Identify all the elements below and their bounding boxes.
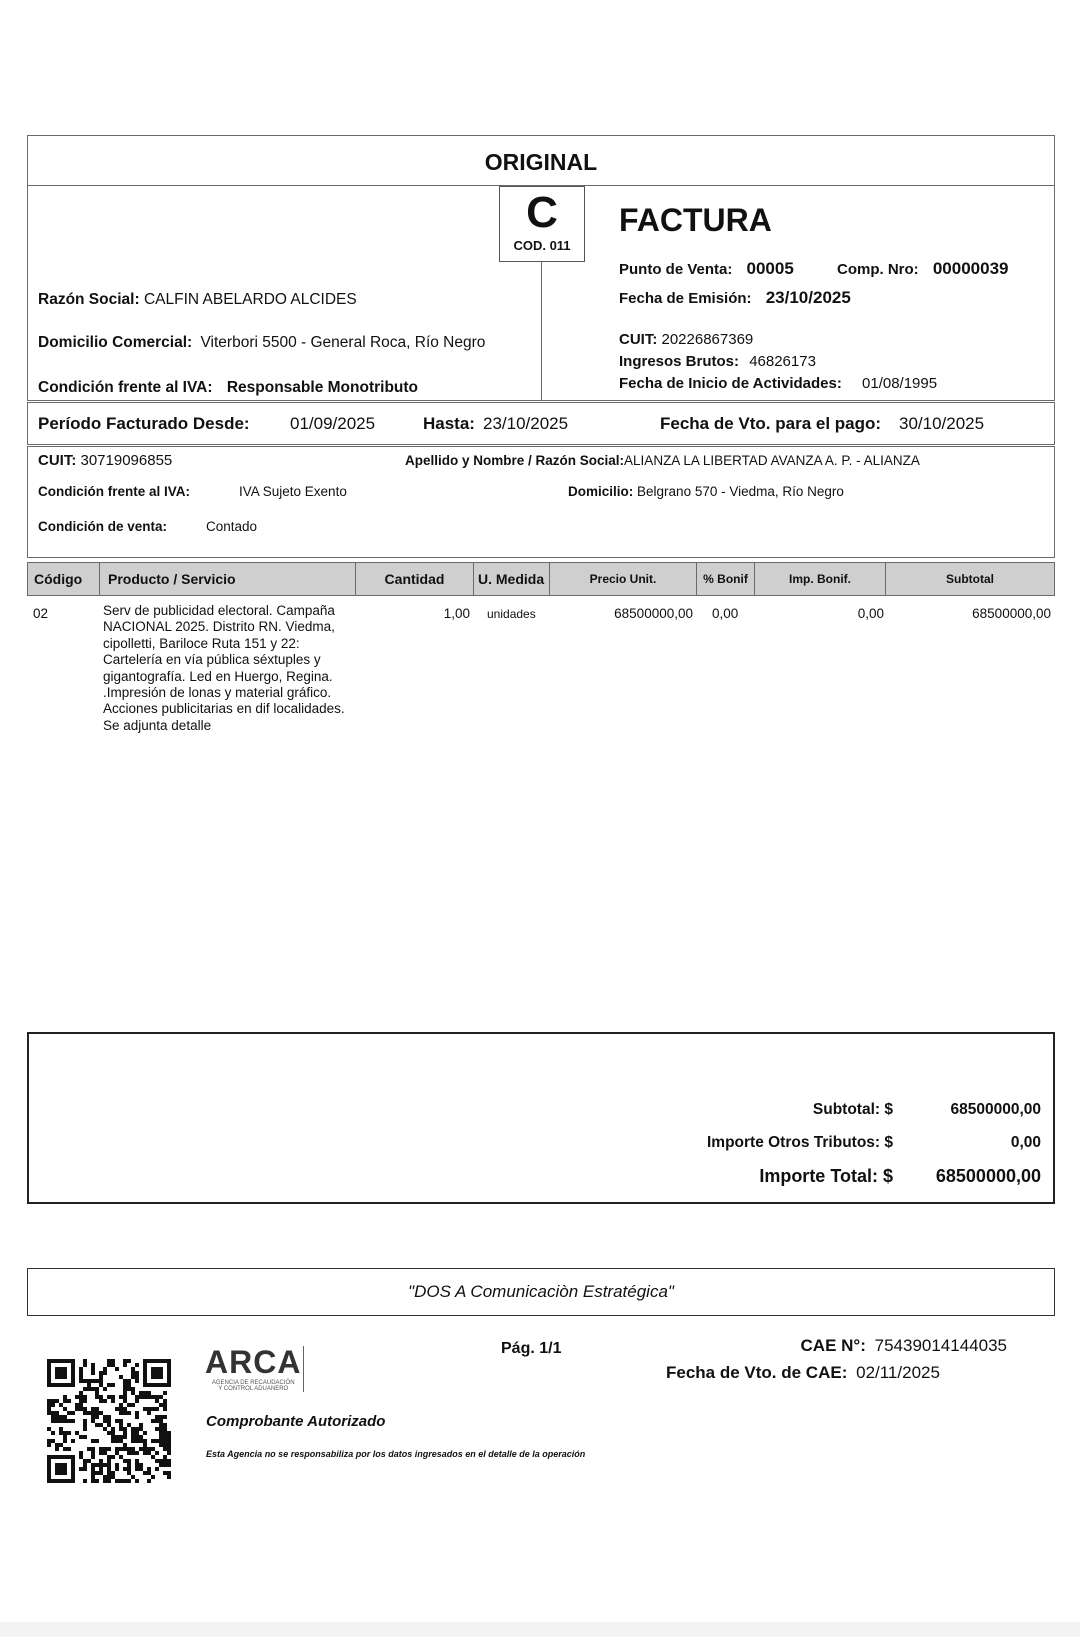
client-venta-label: Condición de venta:: [38, 519, 167, 534]
fecha-emision: Fecha de Emisión: 23/10/2025: [619, 288, 851, 308]
row-bonif-imp: 0,00: [780, 606, 884, 621]
authorized-label: Comprobante Autorizado: [206, 1413, 385, 1430]
col-codigo: Código: [28, 563, 100, 595]
total-value: 68500000,00: [936, 1166, 1041, 1187]
row-unidad: unidades: [487, 607, 536, 621]
issuer-domicilio: Domicilio Comercial: Viterbori 5500 - Ge…: [38, 334, 485, 352]
period-vto-label: Fecha de Vto. para el pago:: [660, 414, 881, 434]
disclaimer: Esta Agencia no se responsabiliza por lo…: [206, 1449, 585, 1459]
row-cantidad: 1,00: [380, 606, 470, 621]
viewer-bottom-strip: [0, 1622, 1080, 1637]
period-hasta: 23/10/2025: [483, 414, 568, 434]
client-domicilio: Domicilio: Belgrano 570 - Viedma, Río Ne…: [568, 484, 844, 499]
comp-nro: Comp. Nro: 00000039: [837, 259, 1008, 279]
page-number: Pág. 1/1: [501, 1340, 561, 1358]
qr-code[interactable]: [47, 1359, 171, 1483]
subtotal-value: 68500000,00: [950, 1101, 1041, 1119]
client-venta: Contado: [206, 519, 257, 534]
observations-box: "DOS A Comunicaciòn Estratégica": [27, 1268, 1055, 1316]
items-table-header: Código Producto / Servicio Cantidad U. M…: [27, 562, 1055, 596]
col-unidad: U. Medida: [474, 563, 550, 595]
col-subtotal: Subtotal: [886, 563, 1054, 595]
issuer-razon-social: Razón Social: CALFIN ABELARDO ALCIDES: [38, 291, 357, 309]
total-label: Importe Total: $: [759, 1166, 893, 1187]
otros-tributos-label: Importe Otros Tributos: $: [707, 1134, 893, 1152]
period-hasta-label: Hasta:: [423, 414, 475, 434]
cae-vto: Fecha de Vto. de CAE: 02/11/2025: [666, 1363, 940, 1383]
arca-logo-text: ARCA: [205, 1346, 301, 1378]
copy-label: ORIGINAL: [28, 149, 1054, 176]
col-precio: Precio Unit.: [550, 563, 697, 595]
row-codigo: 02: [33, 606, 48, 621]
client-cuit: CUIT: 30719096855: [38, 452, 172, 469]
invoice-type-letter: C: [500, 189, 584, 237]
period-desde: 01/09/2025: [290, 414, 375, 434]
client-info: CUIT: 30719096855 Apellido y Nombre / Ra…: [27, 446, 1055, 558]
col-bonif-imp: Imp. Bonif.: [755, 563, 886, 595]
inicio-actividades: Fecha de Inicio de Actividades: 01/08/19…: [619, 375, 937, 392]
document-title: FACTURA: [619, 202, 772, 239]
row-subtotal: 68500000,00: [900, 606, 1051, 621]
issuer-cuit: CUIT: 20226867369: [619, 331, 753, 348]
punto-venta: Punto de Venta: 00005: [619, 259, 794, 279]
header-divider: [541, 260, 542, 401]
client-iva-label: Condición frente al IVA:: [38, 484, 190, 499]
client-nombre: Apellido y Nombre / Razón Social:ALIANZA…: [405, 453, 920, 468]
arca-logo: ARCA AGENCIA DE RECAUDACIÓN Y CONTROL AD…: [205, 1346, 304, 1392]
billing-period: Período Facturado Desde: 01/09/2025 Hast…: [27, 402, 1055, 445]
copy-header: ORIGINAL: [27, 135, 1055, 186]
cae-number: CAE N°: 75439014144035: [801, 1336, 1007, 1356]
col-cantidad: Cantidad: [356, 563, 474, 595]
otros-tributos-value: 0,00: [1011, 1134, 1041, 1152]
invoice-type-code: COD. 011: [500, 238, 584, 253]
col-bonif-pct: % Bonif: [697, 563, 755, 595]
row-producto: Serv de publicidad electoral. Campaña NA…: [103, 603, 358, 734]
col-producto: Producto / Servicio: [100, 563, 356, 595]
observations-text: "DOS A Comunicaciòn Estratégica": [28, 1282, 1054, 1302]
row-precio: 68500000,00: [560, 606, 693, 621]
totals-box: Subtotal: $ 68500000,00 Importe Otros Tr…: [27, 1032, 1055, 1204]
period-desde-label: Período Facturado Desde:: [38, 414, 250, 434]
row-bonif-pct: 0,00: [712, 606, 738, 621]
logo-divider: [303, 1346, 304, 1392]
client-iva: IVA Sujeto Exento: [239, 484, 347, 499]
subtotal-label: Subtotal: $: [813, 1101, 893, 1119]
period-vto: 30/10/2025: [899, 414, 984, 434]
issuer-iva: Condición frente al IVA: Responsable Mon…: [38, 379, 418, 397]
ingresos-brutos: Ingresos Brutos: 46826173: [619, 353, 816, 370]
invoice-type-box: C COD. 011: [499, 186, 585, 262]
